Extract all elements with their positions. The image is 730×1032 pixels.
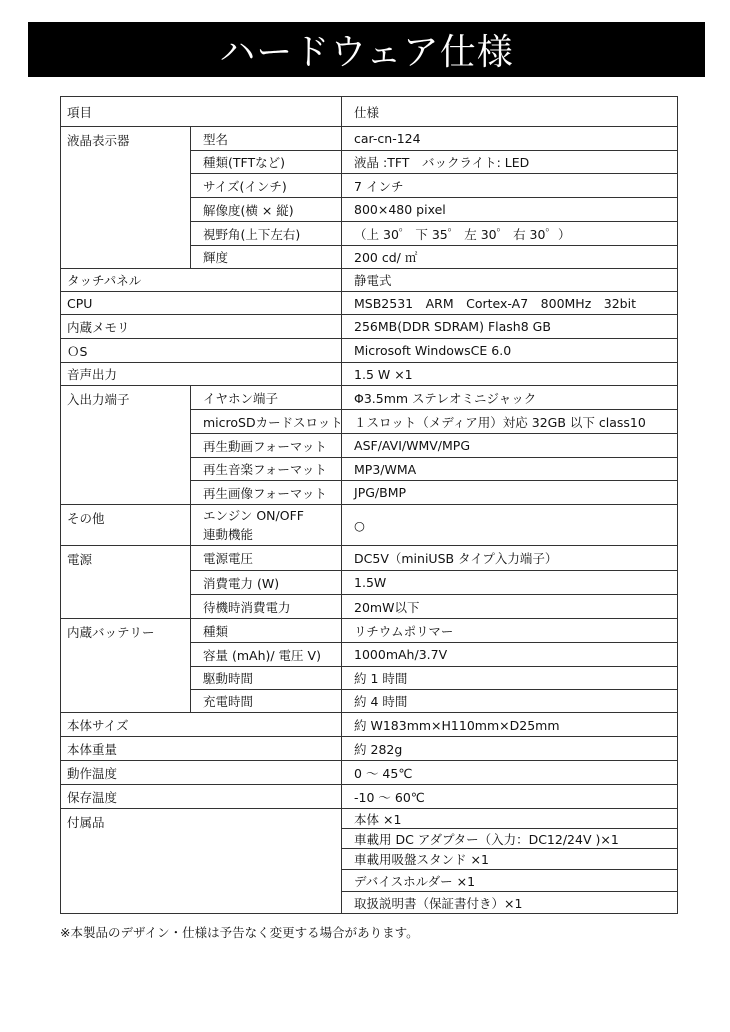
row-value: 約 1 時間 bbox=[342, 667, 678, 690]
row-value: 0 ～ 45℃ bbox=[342, 761, 678, 785]
table-row-os: ＯS Microsoft WindowsCE 6.0 bbox=[61, 339, 678, 363]
row-value: （上 30゜ 下 35゜ 左 30゜ 右 30゜） bbox=[342, 222, 678, 246]
table-header-row: 項目 仕様 bbox=[61, 97, 678, 127]
row-label: 保存温度 bbox=[61, 785, 342, 809]
table-row-memory: 内蔵メモリ 256MB(DDR SDRAM) Flash8 GB bbox=[61, 315, 678, 339]
row-value: Microsoft WindowsCE 6.0 bbox=[342, 339, 678, 363]
row-value: 約 4 時間 bbox=[342, 690, 678, 713]
row-name: 解像度(横 × 縦) bbox=[191, 198, 342, 222]
table-row: 入出力端子 イヤホン端子 Φ3.5mm ステレオミニジャック bbox=[61, 386, 678, 410]
row-value: JPG/BMP bbox=[342, 481, 678, 505]
hardware-spec-table: 項目 仕様 液晶表示器 型名 car-cn-124 種類(TFTなど) 液晶 :… bbox=[60, 96, 678, 914]
row-name-line1: エンジン ON/OFF bbox=[203, 506, 341, 525]
group-label-accessories: 付属品 bbox=[61, 809, 342, 914]
row-label: 動作温度 bbox=[61, 761, 342, 785]
accessory-item: 取扱説明書（保証書付き）×1 bbox=[342, 892, 678, 914]
row-value: 800×480 pixel bbox=[342, 198, 678, 222]
group-label-io: 入出力端子 bbox=[61, 386, 191, 505]
table-row: 付属品 本体 ×1 bbox=[61, 809, 678, 829]
accessory-item: 本体 ×1 bbox=[342, 809, 678, 829]
header-spec: 仕様 bbox=[342, 97, 678, 127]
row-name: 消費電力 (W) bbox=[191, 571, 342, 595]
row-name: 充電時間 bbox=[191, 690, 342, 713]
row-name: エンジン ON/OFF 連動機能 bbox=[191, 505, 342, 546]
row-name: 容量 (mAh)/ 電圧 V) bbox=[191, 643, 342, 667]
accessory-item: 車載用吸盤スタンド ×1 bbox=[342, 849, 678, 870]
row-value: 1.5W bbox=[342, 571, 678, 595]
group-label-battery: 内蔵バッテリー bbox=[61, 619, 191, 713]
row-name: 視野角(上下左右) bbox=[191, 222, 342, 246]
table-row-audio: 音声出力 1.5 W ×1 bbox=[61, 363, 678, 386]
table-row-storage-temp: 保存温度 -10 ～ 60℃ bbox=[61, 785, 678, 809]
accessory-item: 車載用 DC アダプター（入力：DC12/24V )×1 bbox=[342, 829, 678, 849]
row-name: 型名 bbox=[191, 127, 342, 151]
row-label: 音声出力 bbox=[61, 363, 342, 386]
table-row: 液晶表示器 型名 car-cn-124 bbox=[61, 127, 678, 151]
row-value: 液晶 :TFT バックライト: LED bbox=[342, 151, 678, 174]
row-value: DC5V（miniUSB タイプ入力端子） bbox=[342, 546, 678, 571]
group-label-power: 電源 bbox=[61, 546, 191, 619]
table-row-other: その他 エンジン ON/OFF 連動機能 ○ bbox=[61, 505, 678, 546]
group-label-other: その他 bbox=[61, 505, 191, 546]
row-value: リチウムポリマー bbox=[342, 619, 678, 643]
row-value: 7 インチ bbox=[342, 174, 678, 198]
row-label: 本体重量 bbox=[61, 737, 342, 761]
table-row-operating-temp: 動作温度 0 ～ 45℃ bbox=[61, 761, 678, 785]
row-name: 再生動画フォーマット bbox=[191, 434, 342, 458]
table-row: 電源 電源電圧 DC5V（miniUSB タイプ入力端子） bbox=[61, 546, 678, 571]
row-value: １スロット（メディア用）対応 32GB 以下 class10 bbox=[342, 410, 678, 434]
row-name: 種類 bbox=[191, 619, 342, 643]
header-item: 項目 bbox=[61, 97, 342, 127]
row-value: MP3/WMA bbox=[342, 458, 678, 481]
row-value: 1000mAh/3.7V bbox=[342, 643, 678, 667]
accessory-item: デバイスホルダー ×1 bbox=[342, 870, 678, 892]
row-value: 約 W183mm×H110mm×D25mm bbox=[342, 713, 678, 737]
row-value: -10 ～ 60℃ bbox=[342, 785, 678, 809]
table-row-body-size: 本体サイズ 約 W183mm×H110mm×D25mm bbox=[61, 713, 678, 737]
row-value: car-cn-124 bbox=[342, 127, 678, 151]
table-row-cpu: CPU MSB2531 ARM Cortex-A7 800MHz 32bit bbox=[61, 292, 678, 315]
row-name: 再生画像フォーマット bbox=[191, 481, 342, 505]
row-value: 約 282g bbox=[342, 737, 678, 761]
row-name: microSDカードスロット bbox=[191, 410, 342, 434]
footnote: ※本製品のデザイン・仕様は予告なく変更する場合があります。 bbox=[60, 923, 419, 941]
row-label: 本体サイズ bbox=[61, 713, 342, 737]
table-row: 内蔵バッテリー 種類 リチウムポリマー bbox=[61, 619, 678, 643]
row-name: 駆動時間 bbox=[191, 667, 342, 690]
row-value: 20mW以下 bbox=[342, 595, 678, 619]
row-name-line2: 連動機能 bbox=[203, 525, 341, 544]
row-value: 静電式 bbox=[342, 269, 678, 292]
row-name: 電源電圧 bbox=[191, 546, 342, 571]
row-name: サイズ(インチ) bbox=[191, 174, 342, 198]
table-row-touch-panel: タッチパネル 静電式 bbox=[61, 269, 678, 292]
row-value: 1.5 W ×1 bbox=[342, 363, 678, 386]
row-label: CPU bbox=[61, 292, 342, 315]
table-row-body-weight: 本体重量 約 282g bbox=[61, 737, 678, 761]
row-name: イヤホン端子 bbox=[191, 386, 342, 410]
row-value: Φ3.5mm ステレオミニジャック bbox=[342, 386, 678, 410]
row-label: タッチパネル bbox=[61, 269, 342, 292]
row-name: 再生音楽フォーマット bbox=[191, 458, 342, 481]
page-title: ハードウェア仕様 bbox=[28, 22, 705, 77]
row-value: MSB2531 ARM Cortex-A7 800MHz 32bit bbox=[342, 292, 678, 315]
row-value: 256MB(DDR SDRAM) Flash8 GB bbox=[342, 315, 678, 339]
group-label-lcd: 液晶表示器 bbox=[61, 127, 191, 269]
row-name: 種類(TFTなど) bbox=[191, 151, 342, 174]
row-label: ＯS bbox=[61, 339, 342, 363]
row-name: 輝度 bbox=[191, 246, 342, 269]
row-label: 内蔵メモリ bbox=[61, 315, 342, 339]
row-name: 待機時消費電力 bbox=[191, 595, 342, 619]
row-value: ASF/AVI/WMV/MPG bbox=[342, 434, 678, 458]
row-value: 200 cd/ ㎡ bbox=[342, 246, 678, 269]
row-value: ○ bbox=[342, 505, 678, 546]
